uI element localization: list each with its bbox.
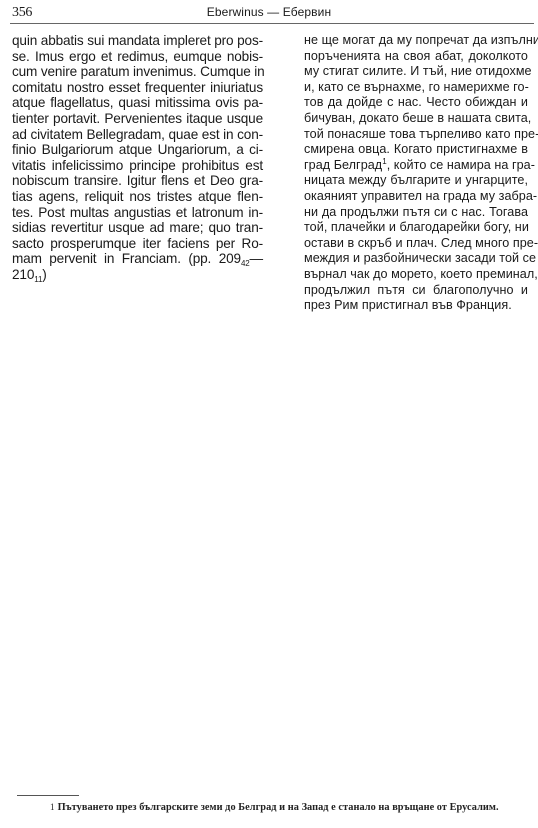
- text-fragment: , който се намира на гра-: [387, 158, 535, 172]
- text-line: cum venire paratum invenimus. Cumque in: [12, 64, 263, 80]
- footnote-text: Пътуването през българските земи до Белг…: [58, 802, 499, 813]
- text-line: tienter portavit. Pervenientes itaque us…: [12, 111, 263, 127]
- citation-end-page: 210: [12, 267, 34, 282]
- text-line: през Рим пристигнал във Франция.: [304, 298, 528, 314]
- text-line: поръченията на своя абат, доколкото: [304, 49, 528, 65]
- text-line: остави в скръб и плач. След много пре-: [304, 236, 528, 252]
- text-line: ad civitatem Bellegradam, quae est in co…: [12, 127, 263, 143]
- text-line: nobiscum transire. Igitur flens et Deo g…: [12, 173, 263, 189]
- text-line: върнал чак до морето, което преминал,: [304, 267, 528, 283]
- text-line: quin abbatis sui mandata impleret pro po…: [12, 33, 263, 49]
- citation-start-line: 42: [241, 259, 250, 268]
- text-line: междия и разбойнически засади той се: [304, 251, 528, 267]
- text-line: sidias revertitur usque ad mare; quo tra…: [12, 220, 263, 236]
- footnote-mark: 1: [50, 802, 55, 812]
- text-line: не ще могат да му попречат да изпълни: [304, 33, 528, 49]
- text-line: окаяният управител на града му забра-: [304, 189, 528, 205]
- text-line: смирена овца. Когато пристигнахме в: [304, 142, 528, 158]
- text-line: му стигат силите. И тъй, ние отидохме: [304, 64, 528, 80]
- citation-close: ): [42, 267, 46, 282]
- citation-start-page: 209: [219, 251, 241, 266]
- footnote: 1Пътуването през българските земи до Бел…: [50, 802, 499, 813]
- text-line: finio Bulgariorum atque Ungariorum, a ci…: [12, 142, 263, 158]
- text-line: ницата между българите и унгарците,: [304, 173, 528, 189]
- latin-text-column: quin abbatis sui mandata impleret pro po…: [12, 33, 263, 283]
- bulgarian-text-column: не ще могат да му попречат да изпълни по…: [304, 33, 528, 314]
- citation-dash: —: [250, 251, 263, 266]
- text-line: comitatu nostro esset frequenter iniuria…: [12, 80, 263, 96]
- text-line: той понасяше това търпеливо като пре-: [304, 127, 528, 143]
- text-line: той, плачейки и благодарейки богу, ни: [304, 220, 528, 236]
- text-line-with-footnote: град Белград1, който се намира на гра-: [304, 158, 528, 174]
- text-line: vitatis infelicissimo principe prohibitu…: [12, 158, 263, 174]
- text-line: бичуван, докато беше в нашата свита,: [304, 111, 528, 127]
- citation-line: mam pervenit in Franciam. (pp. 20942—: [12, 251, 263, 267]
- text-line: atque flagellatus, quasi mitissima ovis …: [12, 95, 263, 111]
- text-line: тов да дойде с нас. Често обиждан и: [304, 95, 528, 111]
- text-line: продължил пътя си благополучно и: [304, 283, 528, 299]
- text-line: ни да продължи пътя си с нас. Тогава: [304, 205, 528, 221]
- text-line: и, като се върнахме, го намерихме го-: [304, 80, 528, 96]
- text-line: tes. Post multas angustias et latronum i…: [12, 205, 263, 221]
- citation-end-line: 21011): [12, 267, 263, 283]
- header-rule: [10, 23, 534, 24]
- text-line: sacto prosperumque iter faciens per Ro-: [12, 236, 263, 252]
- footnote-rule: [17, 795, 79, 796]
- text-line: tias agens, reliquit nos tristes atque f…: [12, 189, 263, 205]
- text-fragment: град Белград: [304, 158, 382, 172]
- text-line: se. Imus ergo et redimus, eumque nobis-: [12, 49, 263, 65]
- running-head: Eberwinus — Ебервин: [0, 5, 538, 19]
